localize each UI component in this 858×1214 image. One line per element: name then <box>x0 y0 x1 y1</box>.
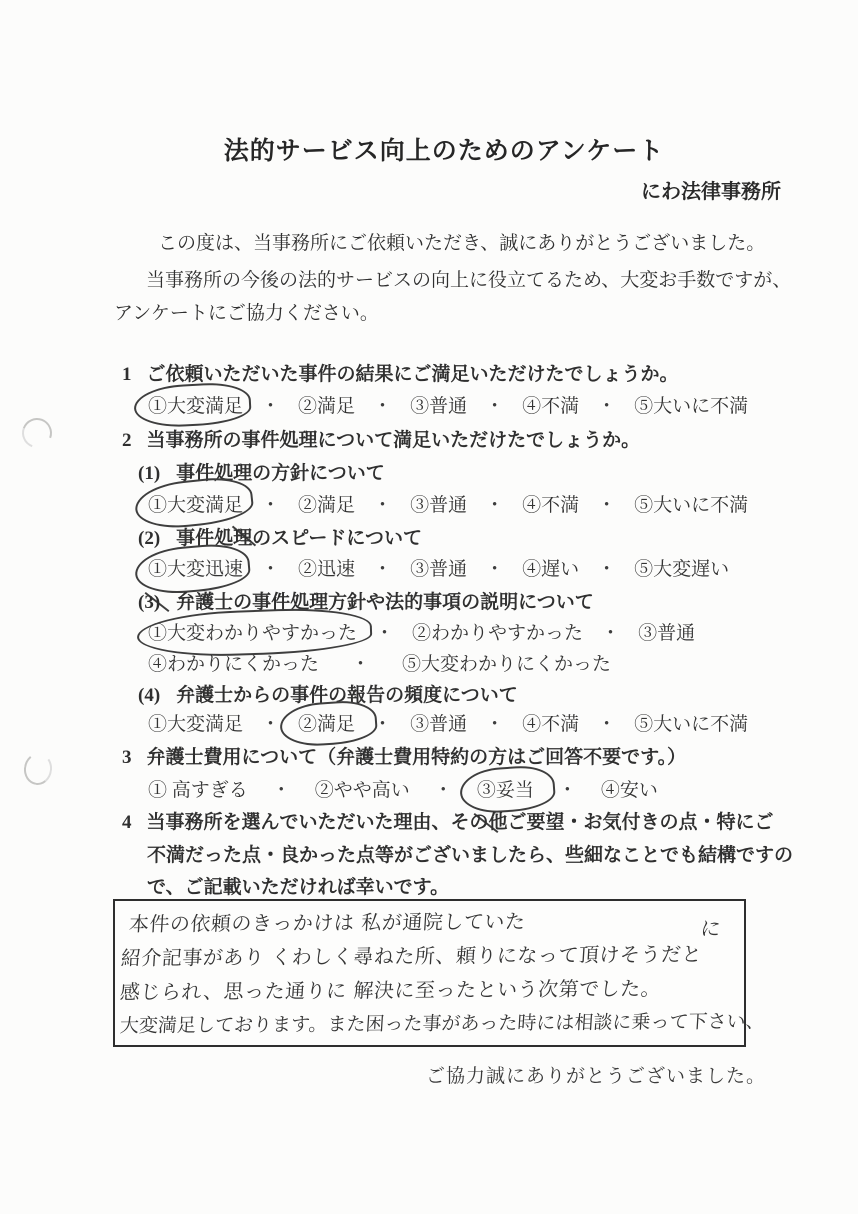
question-2-4-number: (4) <box>138 683 160 709</box>
q2-3-option-3: ③普通 <box>638 621 695 647</box>
dot-separator: ・ <box>485 394 504 420</box>
q1-option-1-circled: ①大変満足 <box>148 394 243 420</box>
question-2-3-heading: (3)弁護士の事件処理方針や法的事項の説明について <box>138 590 594 616</box>
q3-option-1: ① 高すぎる <box>148 778 248 804</box>
question-2-3-options-row1: ①大変わかりやすかった ・ ②わかりやすかった ・ ③普通 <box>148 621 695 647</box>
question-2-4-options: ①大変満足 ・ ②満足 ・ ③普通 ・ ④不満 ・ ⑤大いに不満 <box>148 712 748 738</box>
question-2-4-heading: (4)弁護士からの事件の報告の頻度について <box>138 683 518 709</box>
dot-separator: ・ <box>434 778 453 804</box>
q2-2-option-5: ⑤大変遅い <box>634 557 729 583</box>
q2-4-option-3: ③普通 <box>410 712 467 738</box>
handwriting-line-3: 感じられ、思った通りに 解決に至ったという次第でした。 <box>119 972 662 1005</box>
punch-hole-bottom <box>22 751 54 787</box>
q1-option-5: ⑤大いに不満 <box>634 394 748 420</box>
question-2-number: 2 <box>122 428 132 454</box>
question-2-2-heading: (2)事件処理のスピードについて <box>138 526 422 552</box>
q2-4-option-4: ④不満 <box>522 712 579 738</box>
q2-3-option-2: ②わかりやすかった <box>412 621 583 647</box>
question-4-number: 4 <box>122 810 132 836</box>
q2-2-option-3: ③普通 <box>410 557 467 583</box>
question-2-text: 当事務所の事件処理について満足いただけたでしょうか。 <box>147 430 641 451</box>
q2-1-option-5: ⑤大いに不満 <box>634 493 748 519</box>
question-2-1-heading: (1)事件処理の方針について <box>138 461 385 487</box>
question-1-number: 1 <box>122 362 132 388</box>
question-1-heading: 1ご依頼いただいた事件の結果にご満足いただけたでしょうか。 <box>122 362 679 388</box>
dot-separator: ・ <box>485 712 504 738</box>
page-title: 法的サービス向上のためのアンケート <box>0 131 858 167</box>
response-box: 本件の依頼のきっかけは 私が通院していた に 紹介記事があり くわしく尋ねた所、… <box>113 899 746 1047</box>
q2-3-option-5: ⑤大変わかりにくかった <box>402 652 611 678</box>
question-2-heading: 2当事務所の事件処理について満足いただけたでしょうか。 <box>122 428 640 454</box>
dot-separator: ・ <box>597 493 616 519</box>
dot-separator: ・ <box>351 652 370 678</box>
dot-separator: ・ <box>373 493 392 519</box>
closing-note: ご協力誠にありがとうございました。 <box>426 1061 766 1088</box>
q3-option-4: ④安い <box>601 778 658 804</box>
q2-4-option-5: ⑤大いに不満 <box>634 712 748 738</box>
dot-separator: ・ <box>373 557 392 583</box>
dot-separator: ・ <box>272 778 291 804</box>
question-4-heading-line1: 4当事務所を選んでいただいた理由、その他ご要望・お気付きの点・特にご <box>122 810 774 836</box>
dot-separator: ・ <box>601 621 620 647</box>
dot-separator: ・ <box>373 394 392 420</box>
question-4-heading-line2: 不満だった点・良かった点等がございましたら、些細なことでも結構ですの <box>147 843 793 869</box>
q1-option-2: ②満足 <box>298 394 355 420</box>
dot-separator: ・ <box>485 493 504 519</box>
dot-separator: ・ <box>597 557 616 583</box>
dot-separator: ・ <box>597 394 616 420</box>
office-name: にわ法律事務所 <box>641 175 781 204</box>
q1-option-3: ③普通 <box>410 394 467 420</box>
intro-line-3: アンケートにご協力ください。 <box>114 301 379 327</box>
question-2-1-options: ①大変満足 ・ ②満足 ・ ③普通 ・ ④不満 ・ ⑤大いに不満 <box>148 493 748 519</box>
q3-option-2: ②やや高い <box>315 778 410 804</box>
punch-hole-top <box>17 413 57 453</box>
question-3-options: ① 高すぎる ・ ②やや高い ・ ③妥当 ・ ④安い <box>148 778 658 804</box>
q3-option-3-circled: ③妥当 <box>477 778 534 804</box>
question-3-text: 弁護士費用について（弁護士費用特約の方はご回答不要です。） <box>147 747 687 768</box>
intro-line-1: この度は、当事務所にご依頼いただき、誠にありがとうございました。 <box>139 231 765 257</box>
question-4-heading-line3: で、ご記載いただければ幸いです。 <box>147 875 449 901</box>
dot-separator: ・ <box>558 778 577 804</box>
question-2-1-number: (1) <box>138 461 160 487</box>
question-2-2-options: ①大変迅速 ・ ②迅速 ・ ③普通 ・ ④遅い ・ ⑤大変遅い <box>148 557 729 583</box>
q2-3-option-1-circled: ①大変わかりやすかった <box>148 621 357 647</box>
dot-separator: ・ <box>261 712 280 738</box>
dot-separator: ・ <box>261 394 280 420</box>
q2-1-option-3: ③普通 <box>410 493 467 519</box>
question-1-text: ご依頼いただいた事件の結果にご満足いただけたでしょうか。 <box>147 364 679 385</box>
q2-1-option-1-circled: ①大変満足 <box>148 493 243 519</box>
question-2-2-number: (2) <box>138 526 160 552</box>
question-2-3-options-row2: ④わかりにくかった ・ ⑤大変わかりにくかった <box>148 652 611 678</box>
q2-4-option-2-circled: ②満足 <box>298 712 355 738</box>
handwriting-line-2: 紹介記事があり くわしく尋ねた所、頼りになって頂けそうだと <box>120 938 703 971</box>
question-3-heading: 3弁護士費用について（弁護士費用特約の方はご回答不要です。） <box>122 745 686 771</box>
dot-separator: ・ <box>597 712 616 738</box>
question-3-number: 3 <box>122 745 132 771</box>
handwriting-line-4: 大変満足しております。また困った事があった時には相談に乗って下さい、 <box>119 1007 765 1038</box>
dot-separator: ・ <box>373 712 392 738</box>
dot-separator: ・ <box>485 557 504 583</box>
question-4-text-line1: 当事務所を選んでいただいた理由、その他ご要望・お気付きの点・特にご <box>147 812 774 833</box>
question-2-1-text: 事件処理の方針について <box>176 463 385 484</box>
question-1-options: ①大変満足 ・ ②満足 ・ ③普通 ・ ④不満 ・ ⑤大いに不満 <box>148 394 748 420</box>
question-2-2-text: 事件処理のスピードについて <box>176 528 422 549</box>
intro-line-2: 当事務所の今後の法的サービスの向上に役立てるため、大変お手数ですが、 <box>127 268 791 294</box>
q2-3-option-4: ④わかりにくかった <box>148 652 319 678</box>
q2-1-option-2: ②満足 <box>298 493 355 519</box>
q1-option-4: ④不満 <box>522 394 579 420</box>
q2-1-option-4: ④不満 <box>522 493 579 519</box>
q2-2-option-2: ②迅速 <box>298 557 355 583</box>
q2-2-option-1-circled: ①大変迅速 <box>148 557 243 583</box>
question-2-3-text: 弁護士の事件処理方針や法的事項の説明について <box>176 592 594 613</box>
scanned-survey-page: 法的サービス向上のためのアンケート にわ法律事務所 この度は、当事務所にご依頼い… <box>0 0 858 1214</box>
dot-separator: ・ <box>375 621 394 647</box>
question-2-3-number: (3) <box>138 590 160 616</box>
dot-separator: ・ <box>261 493 280 519</box>
q2-2-option-4: ④遅い <box>522 557 579 583</box>
handwriting-line-1: 本件の依頼のきっかけは 私が通院していた <box>128 905 526 937</box>
dot-separator: ・ <box>261 557 280 583</box>
question-2-4-text: 弁護士からの事件の報告の頻度について <box>176 685 518 706</box>
q2-4-option-1: ①大変満足 <box>148 712 243 738</box>
